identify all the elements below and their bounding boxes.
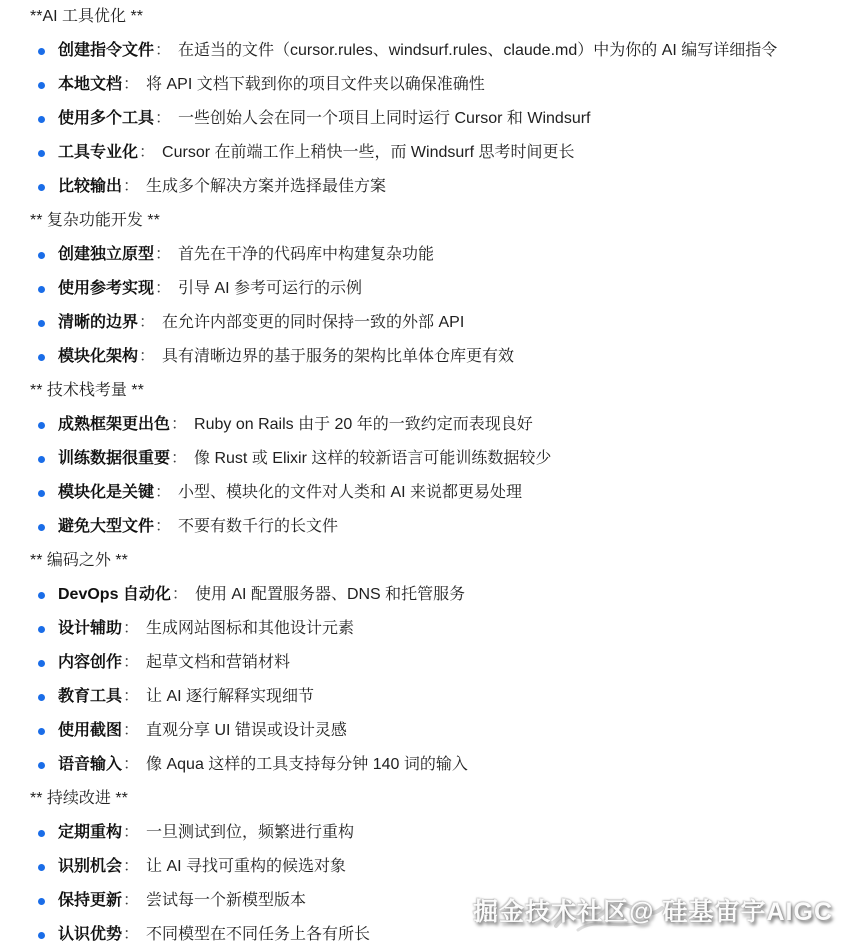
list-item: DevOps 自动化：使用 AI 配置服务器、DNS 和托管服务 bbox=[0, 578, 853, 612]
item-colon: ： bbox=[139, 306, 155, 340]
item-colon: ： bbox=[172, 578, 188, 612]
item-desc: 让 AI 寻找可重构的候选对象 bbox=[146, 850, 346, 884]
list-item: 工具专业化：Cursor 在前端工作上稍快一些，而 Windsurf 思考时间更… bbox=[0, 136, 853, 170]
item-colon: ： bbox=[123, 646, 139, 680]
watermark-text: 掘金技术社区@ 硅基宙宇AIGC bbox=[473, 892, 833, 928]
bullet-icon bbox=[38, 490, 45, 497]
item-colon: ： bbox=[171, 442, 187, 476]
bullet-icon bbox=[38, 82, 45, 89]
list-item: 模块化架构：具有清晰边界的基于服务的架构比单体仓库更有效 bbox=[0, 340, 853, 374]
list-item: 内容创作：起草文档和营销材料 bbox=[0, 646, 853, 680]
bullet-icon bbox=[38, 354, 45, 361]
list-item: 定期重构：一旦测试到位，频繁进行重构 bbox=[0, 816, 853, 850]
document-body: **AI 工具优化 ** 创建指令文件：在适当的文件（cursor.rules、… bbox=[0, 0, 853, 946]
list-item: 本地文档：将 API 文档下载到你的项目文件夹以确保准确性 bbox=[0, 68, 853, 102]
list-item: 使用多个工具：一些创始人会在同一个项目上同时运行 Cursor 和 Windsu… bbox=[0, 102, 853, 136]
bullet-icon bbox=[38, 320, 45, 327]
bullet-icon bbox=[38, 252, 45, 259]
item-colon: ： bbox=[139, 340, 155, 374]
list-item: 创建独立原型：首先在干净的代码库中构建复杂功能 bbox=[0, 238, 853, 272]
section-heading: ** 复杂功能开发 ** bbox=[0, 204, 853, 238]
item-colon: ： bbox=[123, 918, 139, 946]
item-desc: 让 AI 逐行解释实现细节 bbox=[146, 680, 314, 714]
item-label: 训练数据很重要 bbox=[58, 442, 170, 476]
bullet-icon bbox=[38, 762, 45, 769]
item-desc: 起草文档和营销材料 bbox=[146, 646, 290, 680]
item-colon: ： bbox=[123, 884, 139, 918]
bullet-icon bbox=[38, 592, 45, 599]
item-desc: 在允许内部变更的同时保持一致的外部 API bbox=[162, 306, 464, 340]
item-label: 成熟框架更出色 bbox=[58, 408, 170, 442]
item-desc: 尝试每一个新模型版本 bbox=[146, 884, 306, 918]
list-item: 避免大型文件：不要有数千行的长文件 bbox=[0, 510, 853, 544]
bullet-icon bbox=[38, 48, 45, 55]
item-label: 清晰的边界 bbox=[58, 306, 138, 340]
item-label: 避免大型文件 bbox=[58, 510, 154, 544]
section-heading: ** 技术栈考量 ** bbox=[0, 374, 853, 408]
list-item: 设计辅助：生成网站图标和其他设计元素 bbox=[0, 612, 853, 646]
item-desc: 生成多个解决方案并选择最佳方案 bbox=[146, 170, 386, 204]
list-item: 识别机会：让 AI 寻找可重构的候选对象 bbox=[0, 850, 853, 884]
item-label: 使用截图 bbox=[58, 714, 122, 748]
bullet-icon bbox=[38, 116, 45, 123]
item-label: 定期重构 bbox=[58, 816, 122, 850]
item-desc: Cursor 在前端工作上稍快一些，而 Windsurf 思考时间更长 bbox=[162, 136, 574, 170]
bullet-icon bbox=[38, 184, 45, 191]
item-desc: 直观分享 UI 错误或设计灵感 bbox=[146, 714, 347, 748]
list-item: 成熟框架更出色：Ruby on Rails 由于 20 年的一致约定而表现良好 bbox=[0, 408, 853, 442]
item-desc: 像 Aqua 这样的工具支持每分钟 140 词的输入 bbox=[146, 748, 468, 782]
item-desc: 生成网站图标和其他设计元素 bbox=[146, 612, 354, 646]
item-label: 使用多个工具 bbox=[58, 102, 154, 136]
list-item: 使用参考实现：引导 AI 参考可运行的示例 bbox=[0, 272, 853, 306]
bullet-icon bbox=[38, 728, 45, 735]
item-desc: 一旦测试到位，频繁进行重构 bbox=[146, 816, 354, 850]
item-colon: ： bbox=[123, 714, 139, 748]
item-desc: 在适当的文件（cursor.rules、windsurf.rules、claud… bbox=[178, 34, 777, 68]
item-label: 内容创作 bbox=[58, 646, 122, 680]
item-desc: 引导 AI 参考可运行的示例 bbox=[178, 272, 362, 306]
item-colon: ： bbox=[123, 170, 139, 204]
item-desc: 像 Rust 或 Elixir 这样的较新语言可能训练数据较少 bbox=[194, 442, 551, 476]
item-label: 识别机会 bbox=[58, 850, 122, 884]
list-item: 创建指令文件：在适当的文件（cursor.rules、windsurf.rule… bbox=[0, 34, 853, 68]
item-colon: ： bbox=[123, 850, 139, 884]
item-desc: 首先在干净的代码库中构建复杂功能 bbox=[178, 238, 434, 272]
section-heading: **AI 工具优化 ** bbox=[0, 0, 853, 34]
list-item: 清晰的边界：在允许内部变更的同时保持一致的外部 API bbox=[0, 306, 853, 340]
bullet-icon bbox=[38, 864, 45, 871]
item-colon: ： bbox=[123, 816, 139, 850]
list-item: 教育工具：让 AI 逐行解释实现细节 bbox=[0, 680, 853, 714]
item-colon: ： bbox=[155, 476, 171, 510]
item-label: 教育工具 bbox=[58, 680, 122, 714]
list-item: 训练数据很重要：像 Rust 或 Elixir 这样的较新语言可能训练数据较少 bbox=[0, 442, 853, 476]
bullet-icon bbox=[38, 660, 45, 667]
item-desc: 将 API 文档下载到你的项目文件夹以确保准确性 bbox=[146, 68, 485, 102]
list-item: 语音输入：像 Aqua 这样的工具支持每分钟 140 词的输入 bbox=[0, 748, 853, 782]
bullet-icon bbox=[38, 422, 45, 429]
item-label: 语音输入 bbox=[58, 748, 122, 782]
item-label: 工具专业化 bbox=[58, 136, 138, 170]
bullet-icon bbox=[38, 286, 45, 293]
bullet-icon bbox=[38, 830, 45, 837]
item-label: 本地文档 bbox=[58, 68, 122, 102]
item-desc: 具有清晰边界的基于服务的架构比单体仓库更有效 bbox=[162, 340, 514, 374]
item-colon: ： bbox=[155, 238, 171, 272]
bullet-icon bbox=[38, 456, 45, 463]
item-colon: ： bbox=[123, 68, 139, 102]
section-heading: ** 持续改进 ** bbox=[0, 782, 853, 816]
item-label: 创建独立原型 bbox=[58, 238, 154, 272]
item-desc: 一些创始人会在同一个项目上同时运行 Cursor 和 Windsurf bbox=[178, 102, 590, 136]
item-desc: 不同模型在不同任务上各有所长 bbox=[146, 918, 370, 946]
bullet-icon bbox=[38, 150, 45, 157]
bullet-icon bbox=[38, 932, 45, 939]
item-colon: ： bbox=[123, 680, 139, 714]
item-label: 创建指令文件 bbox=[58, 34, 154, 68]
item-label: 模块化架构 bbox=[58, 340, 138, 374]
item-desc: 使用 AI 配置服务器、DNS 和托管服务 bbox=[195, 578, 465, 612]
list-item: 比较输出：生成多个解决方案并选择最佳方案 bbox=[0, 170, 853, 204]
section-heading: ** 编码之外 ** bbox=[0, 544, 853, 578]
item-colon: ： bbox=[139, 136, 155, 170]
bullet-icon bbox=[38, 626, 45, 633]
bullet-icon bbox=[38, 524, 45, 531]
item-label: DevOps 自动化 bbox=[58, 578, 171, 612]
item-colon: ： bbox=[155, 510, 171, 544]
list-item: 使用截图：直观分享 UI 错误或设计灵感 bbox=[0, 714, 853, 748]
item-label: 使用参考实现 bbox=[58, 272, 154, 306]
item-desc: Ruby on Rails 由于 20 年的一致约定而表现良好 bbox=[194, 408, 533, 442]
item-colon: ： bbox=[155, 272, 171, 306]
item-colon: ： bbox=[155, 34, 171, 68]
item-colon: ： bbox=[123, 612, 139, 646]
item-colon: ： bbox=[155, 102, 171, 136]
bullet-icon bbox=[38, 694, 45, 701]
item-label: 模块化是关键 bbox=[58, 476, 154, 510]
item-label: 比较输出 bbox=[58, 170, 122, 204]
item-label: 保持更新 bbox=[58, 884, 122, 918]
bullet-icon bbox=[38, 898, 45, 905]
item-label: 设计辅助 bbox=[58, 612, 122, 646]
item-desc: 小型、模块化的文件对人类和 AI 来说都更易处理 bbox=[178, 476, 522, 510]
item-colon: ： bbox=[123, 748, 139, 782]
item-colon: ： bbox=[171, 408, 187, 442]
item-desc: 不要有数千行的长文件 bbox=[178, 510, 338, 544]
item-label: 认识优势 bbox=[58, 918, 122, 946]
list-item: 模块化是关键：小型、模块化的文件对人类和 AI 来说都更易处理 bbox=[0, 476, 853, 510]
